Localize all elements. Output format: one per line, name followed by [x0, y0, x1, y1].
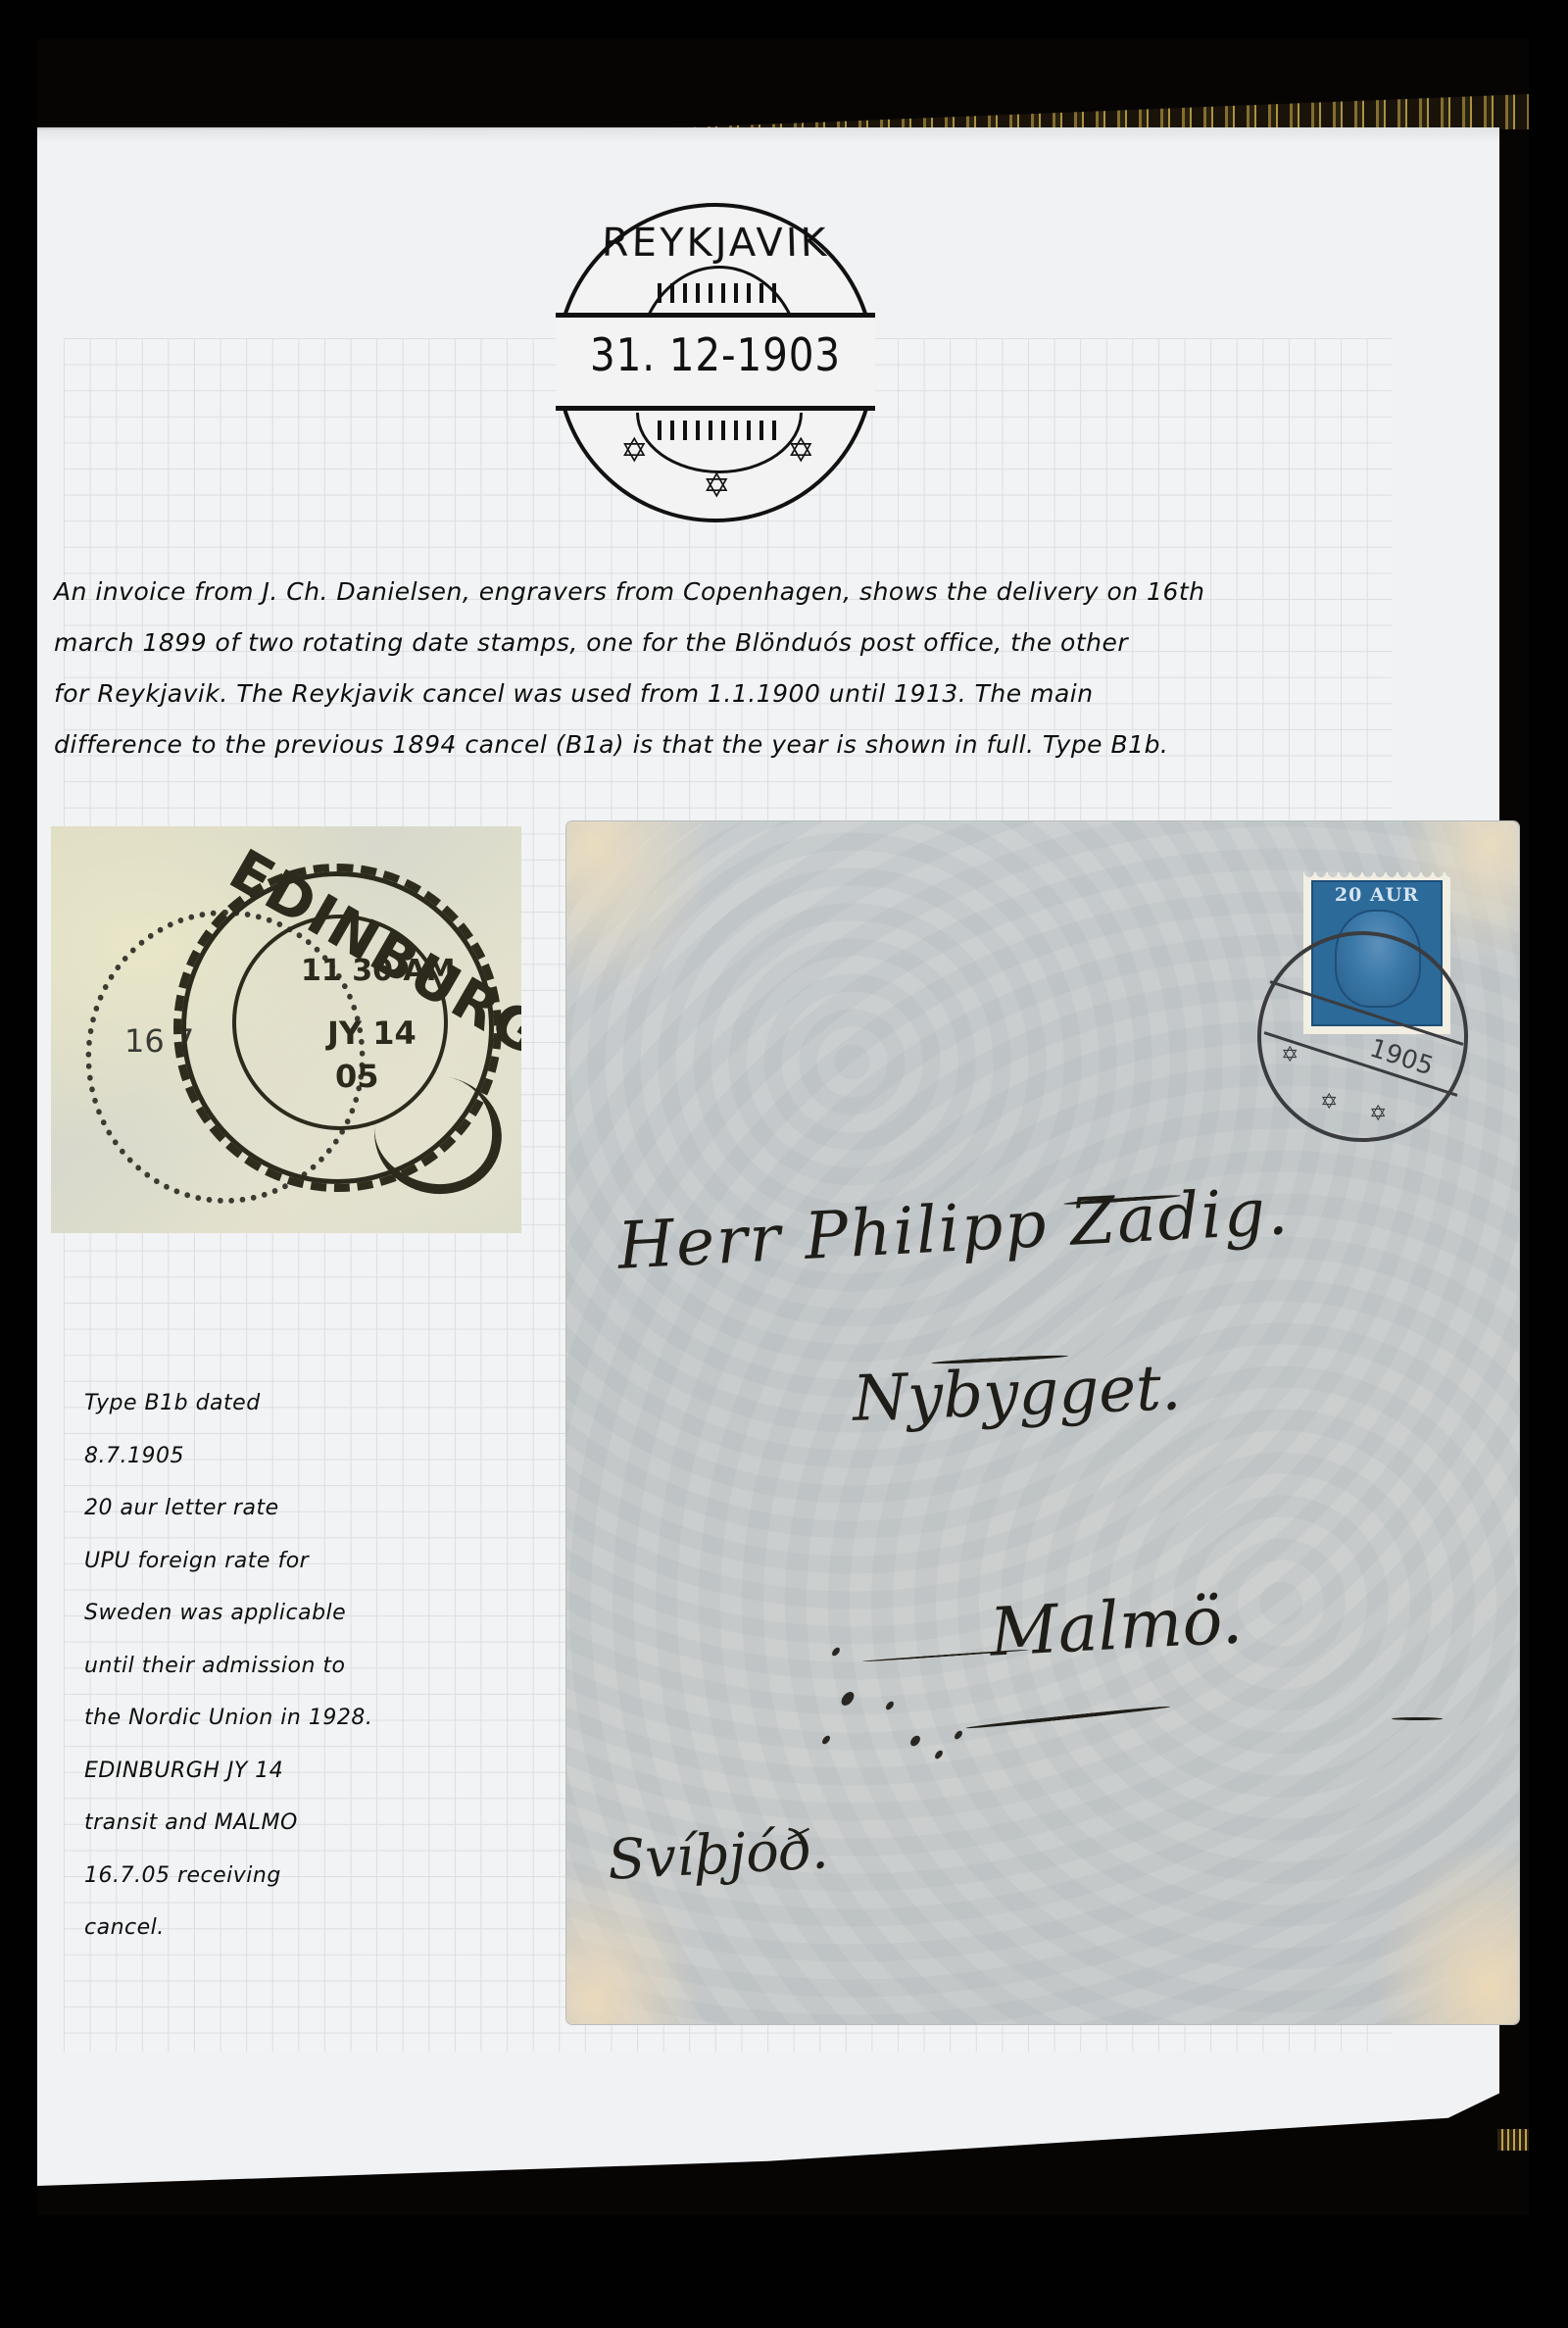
note-line: Type B1b dated	[84, 1377, 476, 1430]
intro-line: An invoice from J. Ch. Danielsen, engrav…	[54, 567, 1406, 618]
address-country: Svíþjóð.	[606, 1817, 829, 1893]
intro-line: march 1899 of two rotating date stamps, …	[54, 618, 1406, 669]
note-line: 16.7.05 receiving	[84, 1850, 476, 1903]
postmark-bar	[1270, 980, 1464, 1046]
star-icon: ✡	[1281, 1043, 1298, 1067]
envelope-postmark: 1905 ✡ ✡ ✡	[1257, 931, 1468, 1142]
edinburgh-cancel-enlargement: 16 7 EDINBURGH 11 30 AM JY 14 05	[51, 826, 521, 1233]
star-icon: ✡	[703, 470, 731, 503]
postmark-city: REYKJAVIK	[559, 221, 873, 266]
note-line: transit and MALMO	[84, 1797, 476, 1850]
reykjavik-postmark: REYKJAVIK 31. 12-1903 ✡ ✡ ✡	[556, 203, 875, 522]
edinburgh-time: 11 30 AM	[301, 954, 455, 988]
postmark-date: 31. 12-1903	[578, 328, 853, 381]
note-line: 8.7.1905	[84, 1430, 476, 1483]
intro-line: difference to the previous 1894 cancel (…	[54, 719, 1406, 770]
stamp-value: 20 AUR	[1313, 884, 1441, 906]
postmark-ticks-bottom	[658, 421, 781, 440]
intro-paragraph: An invoice from J. Ch. Danielsen, engrav…	[54, 567, 1406, 770]
note-line: Sweden was applicable	[84, 1587, 476, 1640]
notes-block: Type B1b dated 8.7.1905 20 aur letter ra…	[84, 1377, 476, 1955]
edinburgh-year: 05	[335, 1058, 379, 1095]
ink-flourish	[1392, 1717, 1443, 1720]
note-line: until their admission to	[84, 1640, 476, 1693]
edinburgh-month-day: JY 14	[327, 1015, 416, 1052]
postmark-ticks-top	[658, 283, 781, 303]
postmark-year: 1905	[1366, 1034, 1437, 1082]
note-line: EDINBURGH JY 14	[84, 1745, 476, 1798]
note-line: UPU foreign rate for	[84, 1535, 476, 1588]
intro-line: for Reykjavik. The Reykjavik cancel was …	[54, 669, 1406, 719]
note-line: 20 aur letter rate	[84, 1482, 476, 1535]
note-line: cancel.	[84, 1902, 476, 1955]
star-icon: ✡	[620, 434, 649, 468]
star-icon: ✡	[787, 434, 815, 468]
page-top-shadow	[37, 127, 1499, 143]
address-city: Malmö.	[988, 1581, 1245, 1671]
star-icon: ✡	[1320, 1090, 1338, 1114]
note-line: the Nordic Union in 1928.	[84, 1692, 476, 1745]
gilt-corner-decoration	[1497, 2129, 1529, 2151]
address-street: Nybygget.	[852, 1352, 1183, 1436]
star-icon: ✡	[1369, 1102, 1387, 1126]
